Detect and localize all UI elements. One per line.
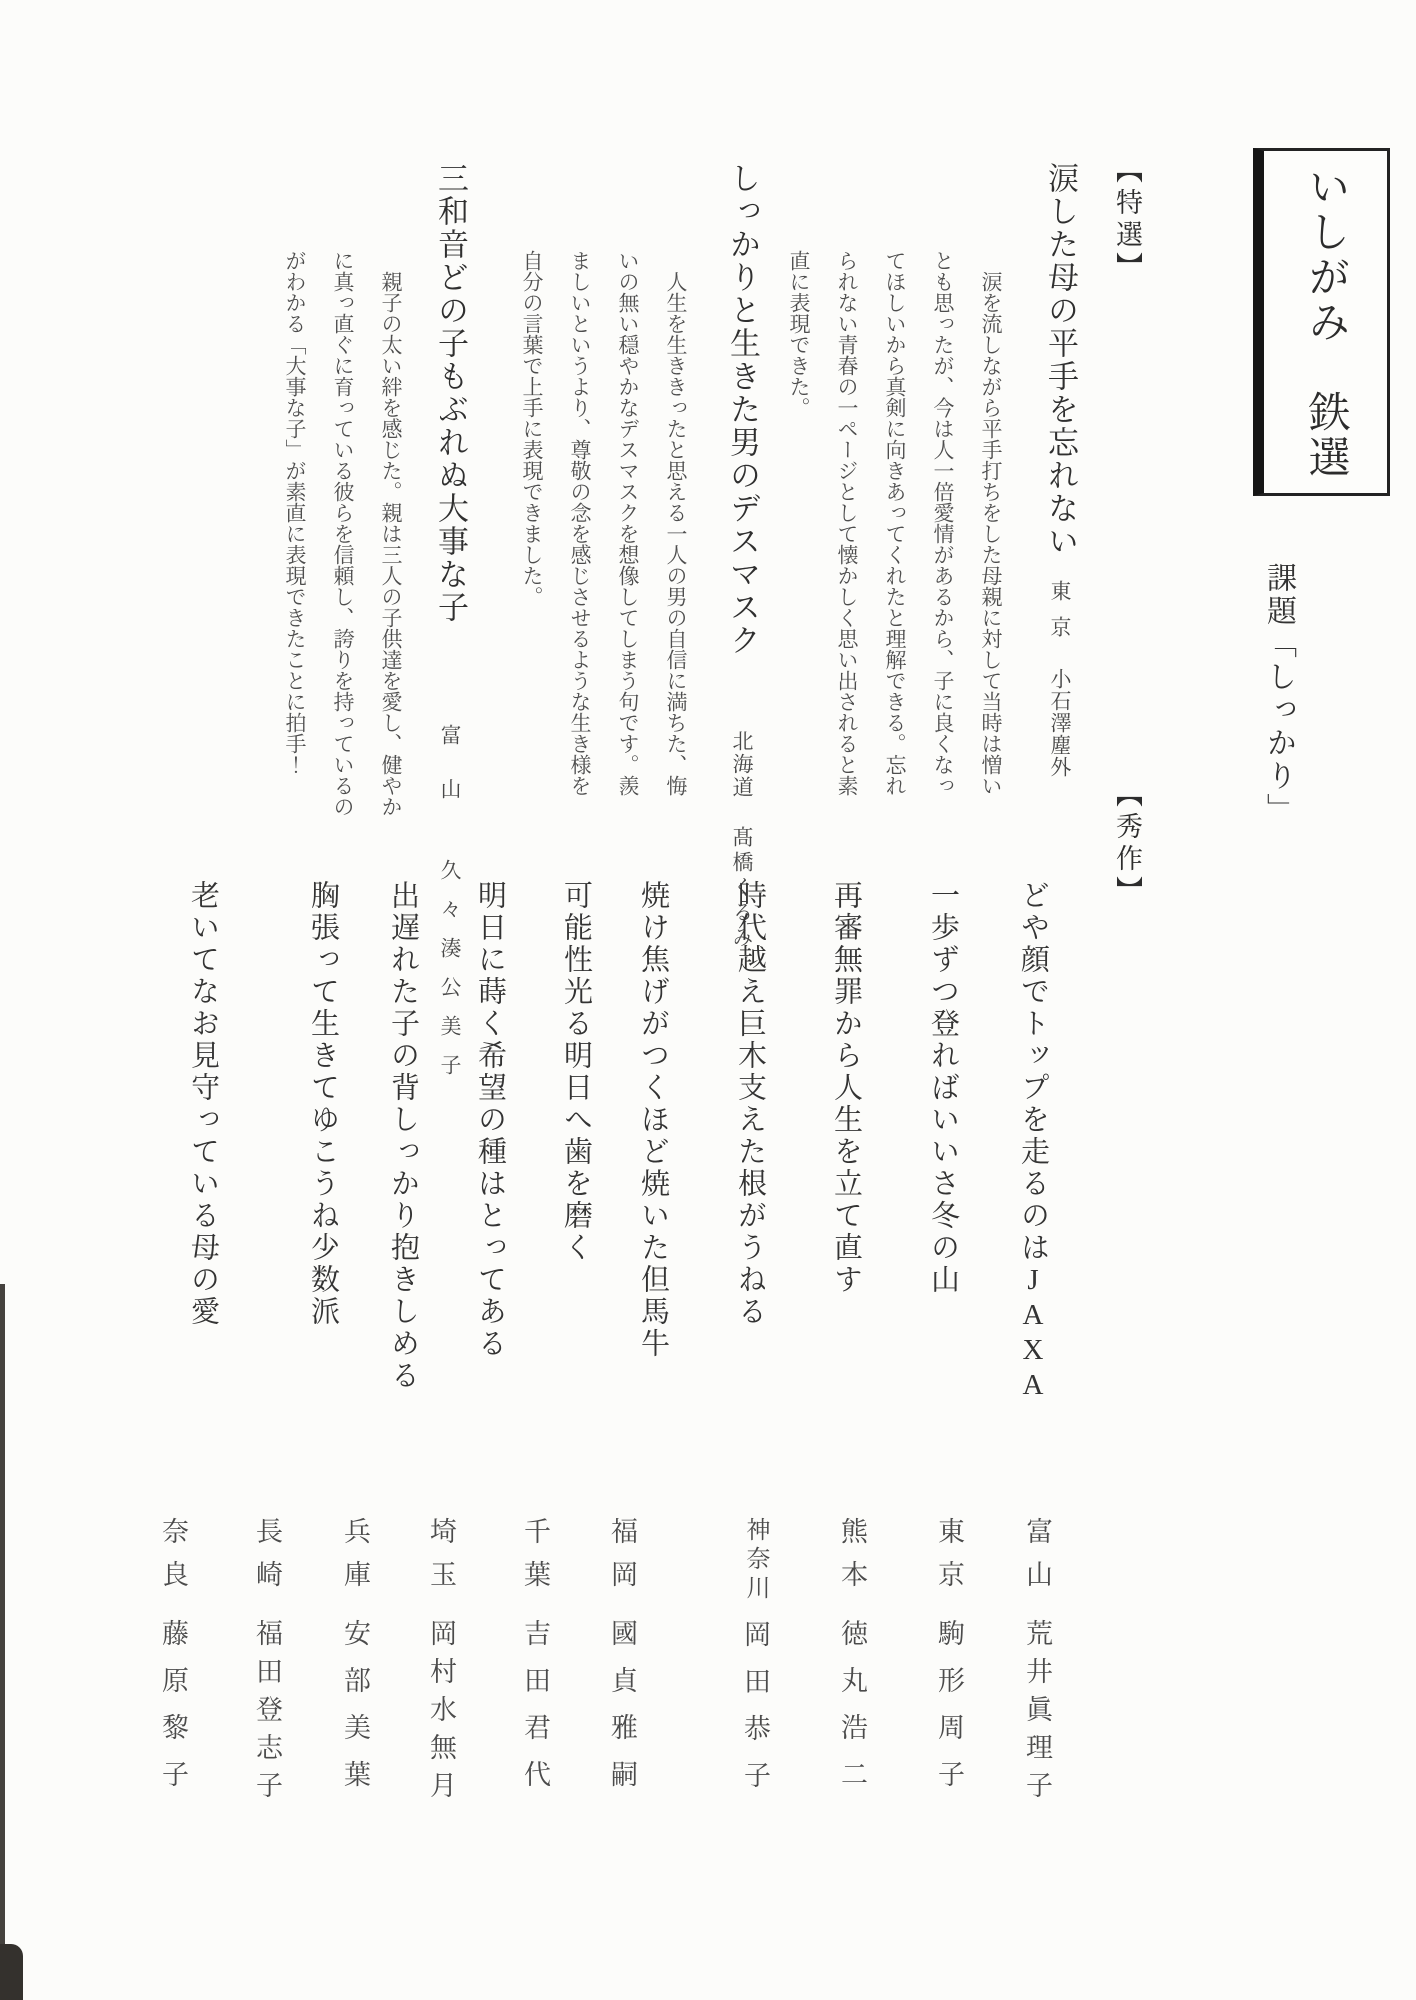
shusaku-poem-4: 時代越え巨木支えた根がうねる [730,880,771,1328]
poet-name: 福田登志子 [252,1619,282,1809]
shusaku-author-1: 富山荒井眞理子 [1018,1517,1057,1809]
poet-name: 久々湊公美子 [438,859,462,1093]
poet-name: 岡村水無月 [426,1619,456,1809]
poet-name: 藤原黎子 [158,1619,188,1807]
shusaku-author-4: 神奈川岡田恭子 [736,1517,775,1808]
poet-prefecture: 東京 [1048,580,1072,652]
scan-corner-artifact [0,1944,23,2000]
tokusen-poem-2: しっかりと生きた男のデスマスク北海道髙橋くるみ [720,162,765,951]
shusaku-author-3: 熊本徳丸浩二 [833,1517,872,1807]
poet-prefecture: 北海道 [730,730,754,799]
poet-prefecture: 千葉 [520,1517,550,1603]
poet-prefecture: 長崎 [252,1517,282,1603]
poet-prefecture: 東京 [934,1517,964,1603]
judge-comment-1: 涙を流しながら平手打ちをした母親に対して当時は憎いとも思ったが、今は人一倍愛情が… [775,250,1015,798]
section-label-tokusen: 【特選】 [1108,156,1147,284]
poet-name: 吉田君代 [520,1619,550,1807]
shusaku-author-8: 兵庫安部美葉 [336,1517,375,1807]
shusaku-poem-9: 胸張って生きてゆこうね少数派 [303,880,344,1328]
poet-prefecture: 富山 [1022,1517,1052,1603]
judge-comment-3: 親子の太い絆を感じた。親は三人の子供達を愛し、健やかに真っ直ぐに育っている彼らを… [271,250,415,818]
poet-name: 駒形周子 [934,1619,964,1807]
shusaku-poem-1: どや顔でトップを走るのはJAXA [1013,880,1054,1404]
poet-name: 徳丸浩二 [837,1619,867,1807]
poem-text: 涙した母の平手を忘れない [1043,162,1078,558]
poet-prefecture: 熊本 [837,1517,867,1603]
poet-name: 國貞雅嗣 [607,1619,637,1807]
poet-name: 岡田恭子 [740,1620,770,1808]
shusaku-author-6: 千葉吉田君代 [516,1517,555,1807]
poet-name: 小石澤塵外 [1048,668,1072,778]
poet-prefecture: 富山 [438,724,462,832]
shusaku-poem-8: 出遅れた子の背しっかり抱きしめる [383,880,424,1392]
shusaku-poem-3: 再審無罪から人生を立て直す [826,880,867,1296]
poem-text: 三和音どの子もぶれぬ大事な子 [433,162,468,624]
poet-prefecture: 奈良 [158,1517,188,1603]
poet-prefecture: 福岡 [607,1517,637,1603]
shusaku-author-9: 長崎福田登志子 [248,1517,287,1809]
selector-title: いしがみ 鉄選 [1296,165,1356,480]
shusaku-author-2: 東京駒形周子 [930,1517,969,1807]
shusaku-author-10: 奈良藤原黎子 [154,1517,193,1807]
tokusen-poem-1: 涙した母の平手を忘れない東京小石澤塵外 [1038,162,1083,778]
poet-prefecture: 埼玉 [426,1517,456,1603]
poem-text: しっかりと生きた男のデスマスク [725,162,760,657]
tokusen-poem-3: 三和音どの子もぶれぬ大事な子富山久々湊公美子 [428,162,473,1093]
poet-name: 安部美葉 [340,1619,370,1807]
poet-name: 荒井眞理子 [1022,1619,1052,1809]
poet-prefecture: 兵庫 [340,1517,370,1603]
shusaku-author-5: 福岡國貞雅嗣 [603,1517,642,1807]
shusaku-poem-7: 明日に蒔く希望の種はとってある [470,880,511,1360]
judge-comment-2: 人生を生ききったと思える一人の男の自信に満ちた、悔いの無い穏やかなデスマスクを想… [508,250,700,798]
shusaku-poem-6: 可能性光る明日へ歯を磨く [556,880,597,1264]
scan-edge-artifact [0,1284,5,2000]
shusaku-poem-5: 焼け焦げがつくほど焼いた但馬牛 [633,880,674,1360]
poet-prefecture: 神奈川 [742,1517,768,1604]
scanned-senryu-page: いしがみ 鉄選 課題「しっかり」 【特選】 【秀作】 涙した母の平手を忘れない東… [0,0,1416,2000]
shusaku-author-7: 埼玉岡村水無月 [422,1517,461,1809]
shusaku-poem-2: 一歩ずつ登ればいいさ冬の山 [923,880,964,1296]
section-label-shusaku: 【秀作】 [1108,780,1147,908]
shusaku-poem-10: 老いてなお見守っている母の愛 [183,880,224,1328]
selector-title-box: いしがみ 鉄選 [1253,148,1390,496]
assignment-theme: 課題「しっかり」 [1256,562,1300,826]
